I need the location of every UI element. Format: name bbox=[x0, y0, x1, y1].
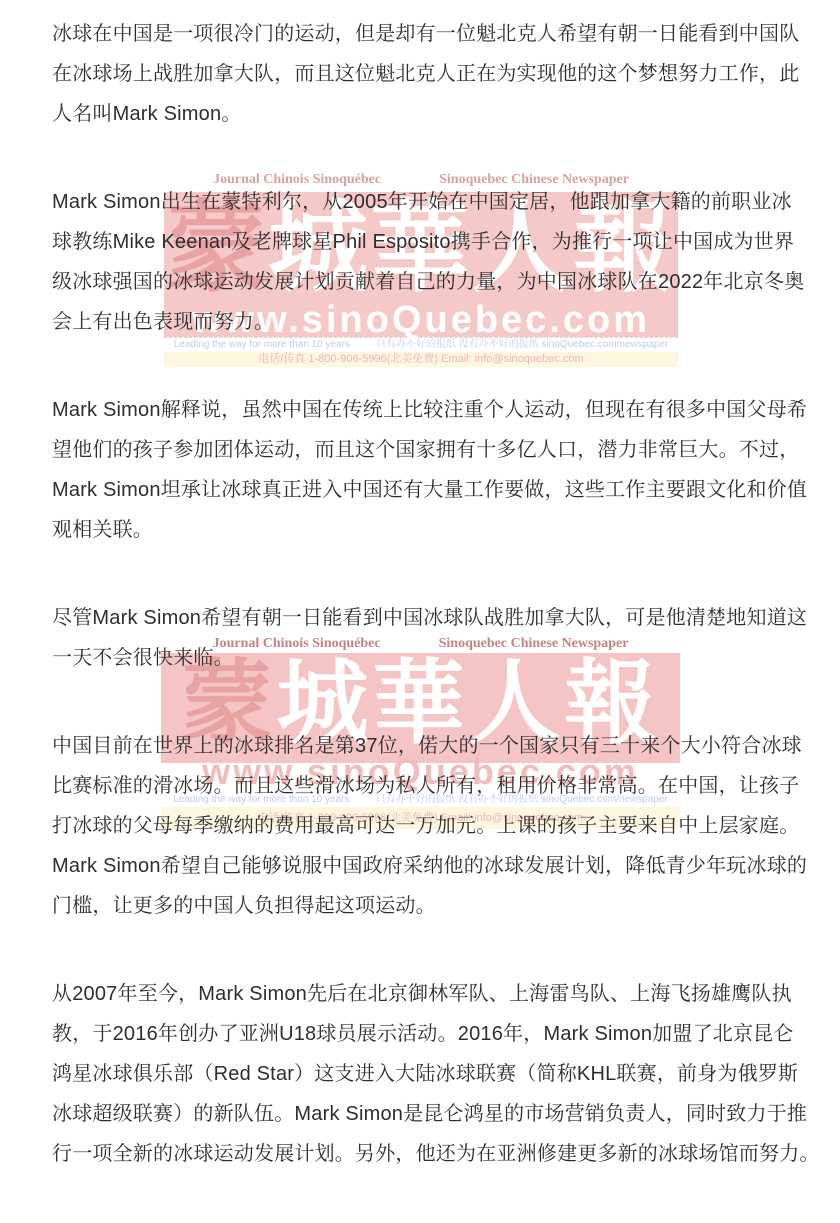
paragraph: 从2007年至今，Mark Simon先后在北京御林军队、上海雷鸟队、上海飞扬雄… bbox=[52, 974, 790, 1174]
text-line: 冰球在中国是一项很冷门的运动，但是却有一位魁北克人希望有朝一日能看到中国队 bbox=[52, 14, 790, 54]
text-line: 鸿星冰球俱乐部（Red Star）这支进入大陆冰球联赛（简称KHL联赛，前身为俄… bbox=[52, 1054, 790, 1094]
text-line: 教，于2016年创办了亚洲U18球员展示活动。2016年，Mark Simon加… bbox=[52, 1014, 790, 1054]
article-body: 冰球在中国是一项很冷门的运动，但是却有一位魁北克人希望有朝一日能看到中国队在冰球… bbox=[0, 0, 840, 1174]
text-line: 门槛，让更多的中国人负担得起这项运动。 bbox=[52, 886, 790, 926]
article-page: Journal Chinois SinoquébecSinoquebec Chi… bbox=[0, 0, 840, 1223]
paragraph: Mark Simon解释说，虽然中国在传统上比较注重个人运动，但现在有很多中国父… bbox=[52, 390, 790, 550]
text-line: 行一项全新的冰球运动发展计划。另外，他还为在亚洲修建更多新的冰球场馆而努力。 bbox=[52, 1134, 790, 1174]
text-line: 级冰球强国的冰球运动发展计划贡献着自己的力量，为中国冰球队在2022年北京冬奥 bbox=[52, 262, 790, 302]
text-line: 打冰球的父母每季缴纳的费用最高可达一万加元。上课的孩子主要来自中上层家庭。 bbox=[52, 806, 790, 846]
paragraph: 中国目前在世界上的冰球排名是第37位，偌大的一个国家只有三十来个大小符合冰球比赛… bbox=[52, 726, 790, 926]
paragraph: 冰球在中国是一项很冷门的运动，但是却有一位魁北克人希望有朝一日能看到中国队在冰球… bbox=[52, 14, 790, 134]
paragraph: Mark Simon出生在蒙特利尔，从2005年开始在中国定居，他跟加拿大籍的前… bbox=[52, 182, 790, 342]
text-line: 尽管Mark Simon希望有朝一日能看到中国冰球队战胜加拿大队，可是他清楚地知… bbox=[52, 598, 790, 638]
text-line: 在冰球场上战胜加拿大队，而且这位魁北克人正在为实现他的这个梦想努力工作，此 bbox=[52, 54, 790, 94]
text-line: 会上有出色表现而努力。 bbox=[52, 302, 790, 342]
text-line: Mark Simon坦承让冰球真正进入中国还有大量工作要做，这些工作主要跟文化和… bbox=[52, 470, 790, 510]
text-line: 望他们的孩子参加团体运动，而且这个国家拥有十多亿人口，潜力非常巨大。不过， bbox=[52, 430, 790, 470]
text-line: 人名叫Mark Simon。 bbox=[52, 94, 790, 134]
text-line: Mark Simon解释说，虽然中国在传统上比较注重个人运动，但现在有很多中国父… bbox=[52, 390, 790, 430]
text-line: 从2007年至今，Mark Simon先后在北京御林军队、上海雷鸟队、上海飞扬雄… bbox=[52, 974, 790, 1014]
text-line: 中国目前在世界上的冰球排名是第37位，偌大的一个国家只有三十来个大小符合冰球 bbox=[52, 726, 790, 766]
text-line: 冰球超级联赛）的新队伍。Mark Simon是昆仑鸿星的市场营销负责人，同时致力… bbox=[52, 1094, 790, 1134]
text-line: 比赛标准的滑冰场。而且这些滑冰场为私人所有，租用价格非常高。在中国，让孩子 bbox=[52, 766, 790, 806]
text-line: 一天不会很快来临。 bbox=[52, 638, 790, 678]
text-line: Mark Simon希望自己能够说服中国政府采纳他的冰球发展计划，降低青少年玩冰… bbox=[52, 846, 790, 886]
text-line: 观相关联。 bbox=[52, 510, 790, 550]
text-line: 球教练Mike Keenan及老牌球星Phil Esposito携手合作，为推行… bbox=[52, 222, 790, 262]
paragraph: 尽管Mark Simon希望有朝一日能看到中国冰球队战胜加拿大队，可是他清楚地知… bbox=[52, 598, 790, 678]
text-line: Mark Simon出生在蒙特利尔，从2005年开始在中国定居，他跟加拿大籍的前… bbox=[52, 182, 790, 222]
